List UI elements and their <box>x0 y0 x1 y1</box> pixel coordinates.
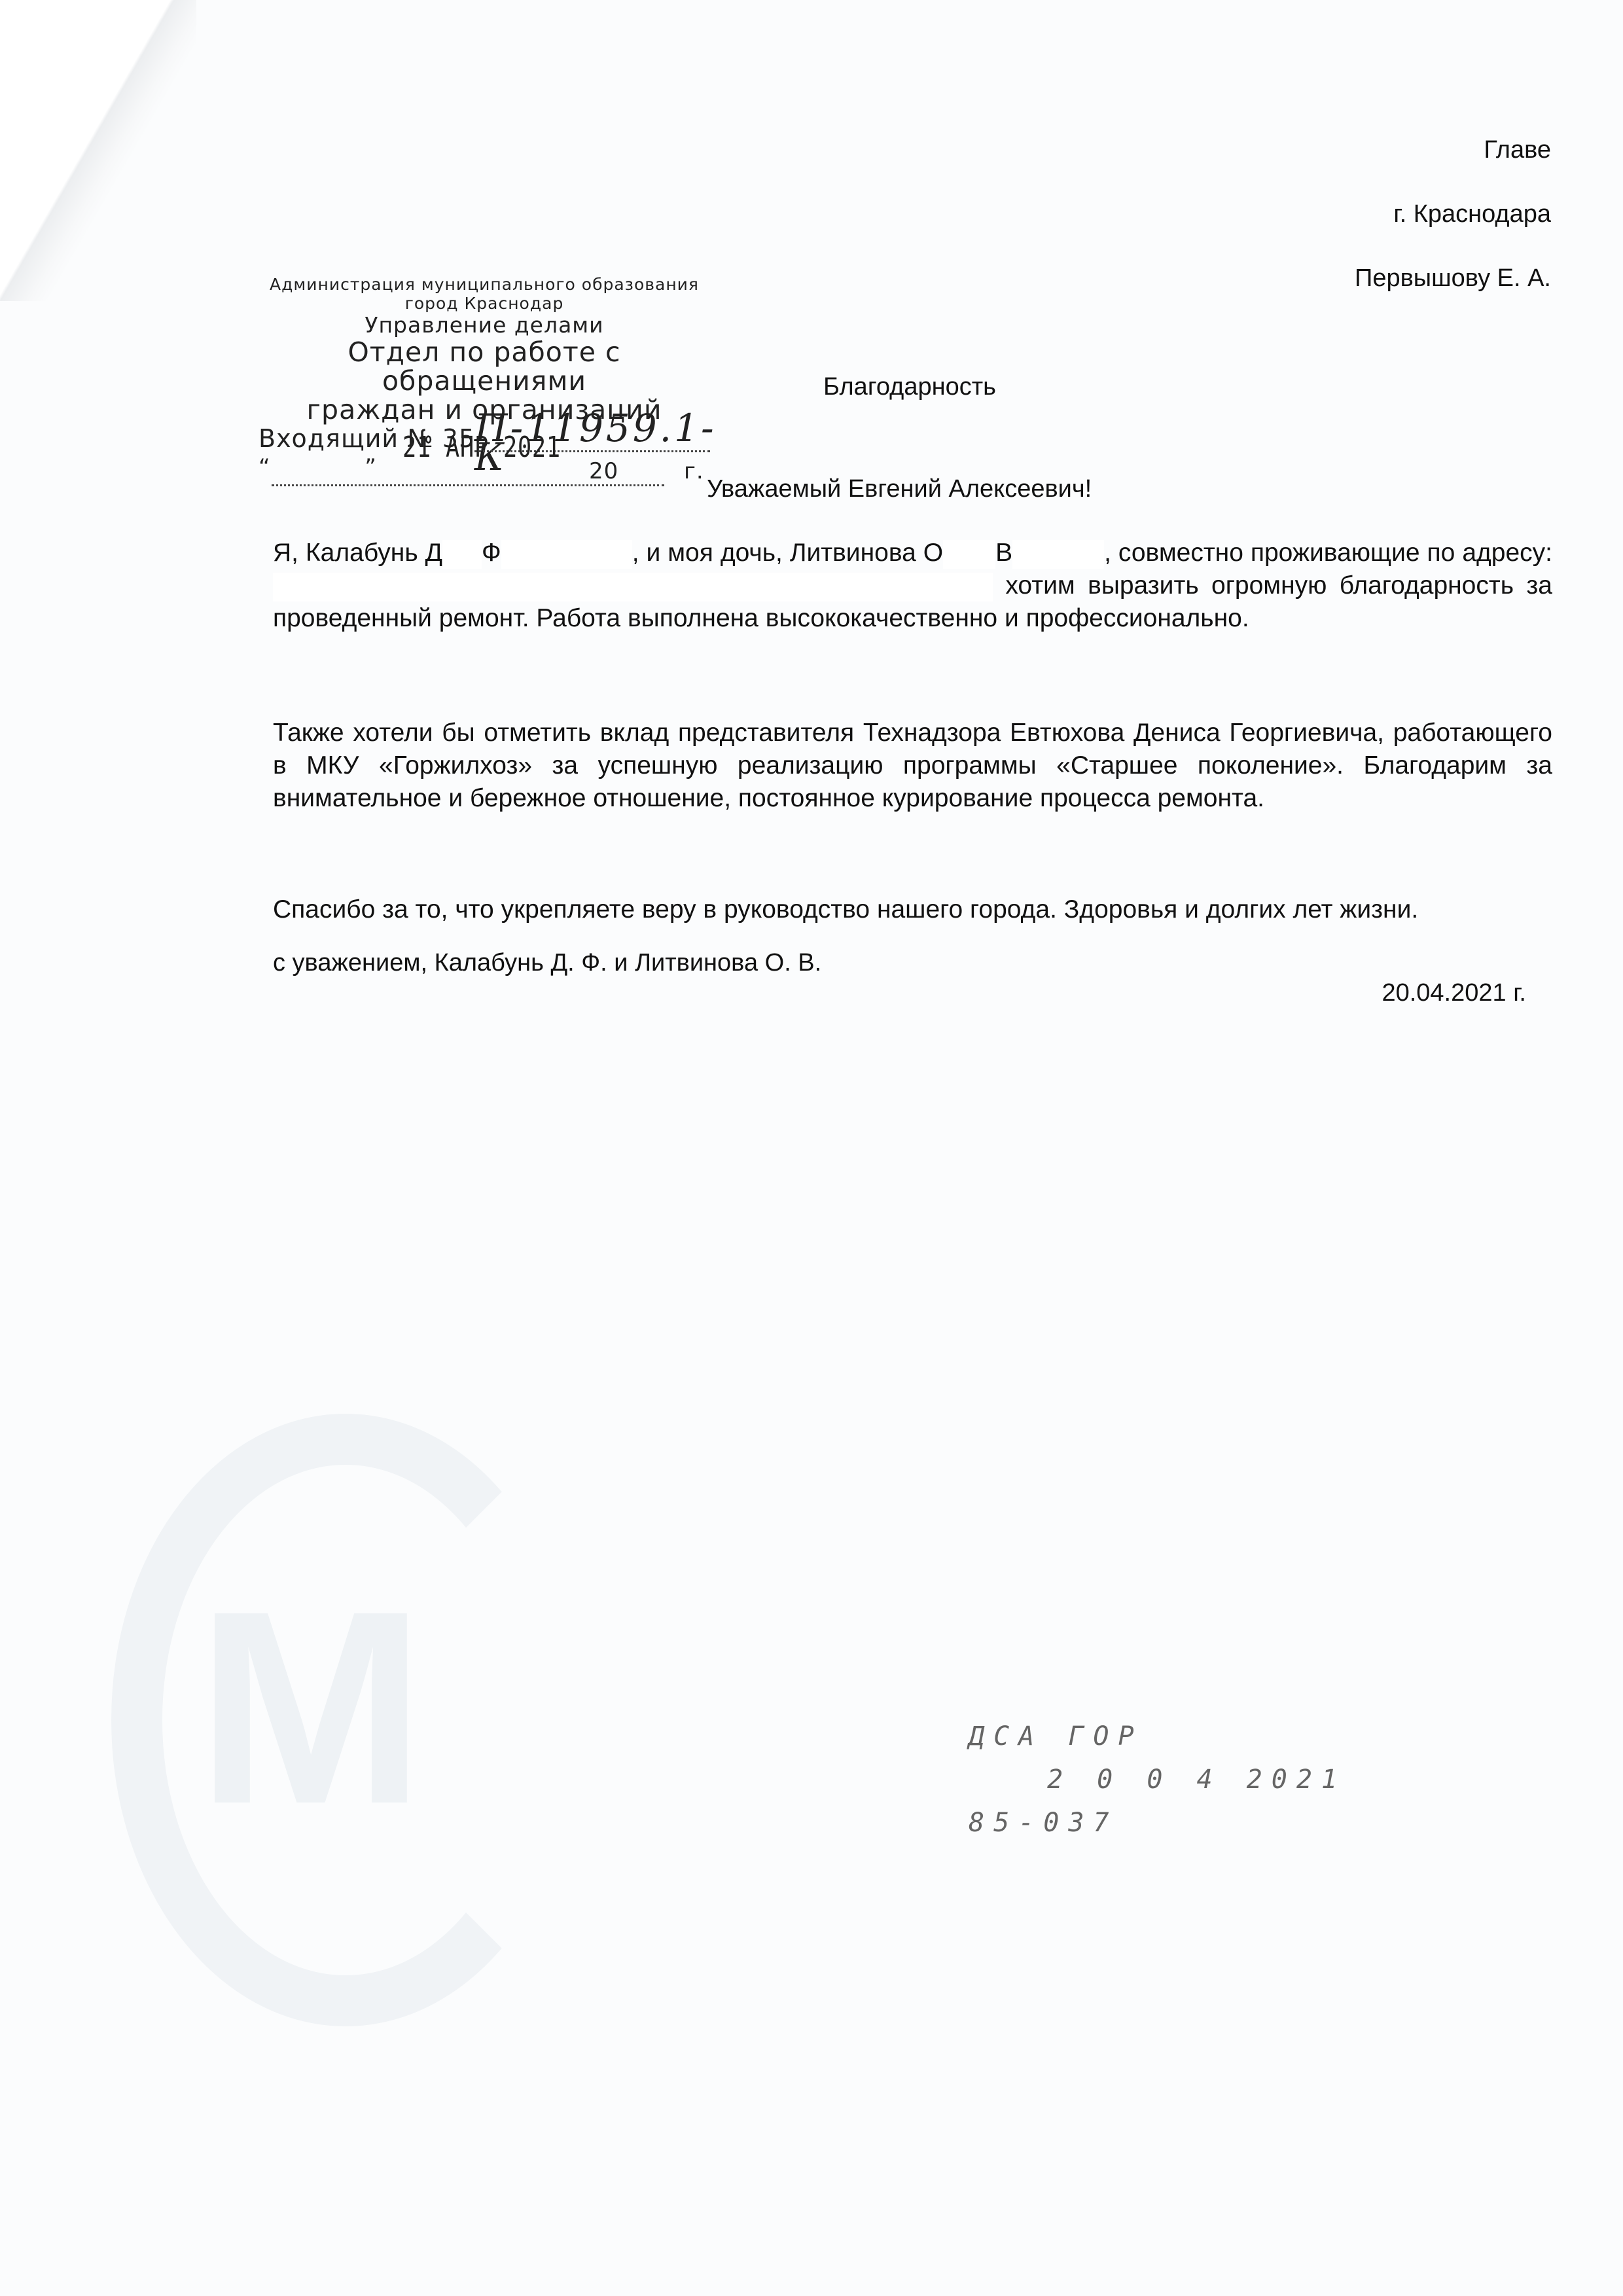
paragraph-1: Я, Калабунь ДФ, и моя дочь, Литвинова ОВ… <box>273 537 1552 635</box>
stamp-year-prefix: 20 <box>589 457 618 486</box>
redaction-box <box>1012 540 1104 569</box>
bottom-stamp-line-2: 2 0 0 4 2021 <box>969 1758 1346 1801</box>
p1-text-3: , и моя дочь, Литвинова О <box>632 539 943 567</box>
watermark-logo-letter: M <box>196 1571 425 1846</box>
bottom-stamp-line-1: ДСА ГОР <box>969 1715 1346 1758</box>
addressee-line-1: Главе <box>1355 118 1551 182</box>
redaction-box-address <box>273 573 993 601</box>
stamp-quote-close: ” <box>365 454 377 480</box>
p1-text-2: Ф <box>482 539 501 567</box>
stamp-administration: Администрация муниципального образования <box>259 275 710 295</box>
redaction-box <box>501 540 632 569</box>
stamp-quote-open: “ <box>259 454 271 480</box>
addressee-line-3: Первышову Е. А. <box>1355 246 1551 310</box>
stamp-received-date: 21 АПР 2021 <box>402 433 561 462</box>
folded-corner <box>0 0 196 301</box>
stamp-date-row: “ ” 21 АПР 2021 20 г. <box>259 453 710 492</box>
bottom-receipt-stamp: ДСА ГОР 2 0 0 4 2021 85-037 <box>969 1715 1346 1844</box>
redaction-box <box>943 540 995 569</box>
stamp-year-suffix: г. <box>684 457 704 486</box>
signature-line: с уважением, Калабунь Д. Ф. и Литвинова … <box>273 949 821 977</box>
letter-title: Благодарность <box>823 373 996 401</box>
stamp-department: Управление делами <box>259 313 710 338</box>
paragraph-2: Также хотели бы отметить вклад представи… <box>273 717 1552 815</box>
stamp-division-1: Отдел по работе с обращениями <box>259 338 710 395</box>
bottom-stamp-line-3: 85-037 <box>969 1801 1346 1844</box>
addressee-block: Главе г. Краснодара Первышову Е. А. <box>1355 118 1551 310</box>
letter-date: 20.04.2021 г. <box>1382 979 1526 1007</box>
p1-text-5: , совместно проживающие по адресу: <box>1104 539 1552 567</box>
registration-stamp: Администрация муниципального образования… <box>259 275 710 492</box>
addressee-line-2: г. Краснодара <box>1355 182 1551 246</box>
letter-greeting: Уважаемый Евгений Алексеевич! <box>707 475 1092 503</box>
p1-text-4: В <box>995 539 1012 567</box>
paragraph-3: Спасибо за то, что укрепляете веру в рук… <box>273 893 1552 926</box>
stamp-city: город Краснодар <box>259 295 710 313</box>
redaction-box <box>442 540 482 569</box>
stamp-date-underline <box>272 484 664 486</box>
p1-text-1: Я, Калабунь Д <box>273 539 442 567</box>
